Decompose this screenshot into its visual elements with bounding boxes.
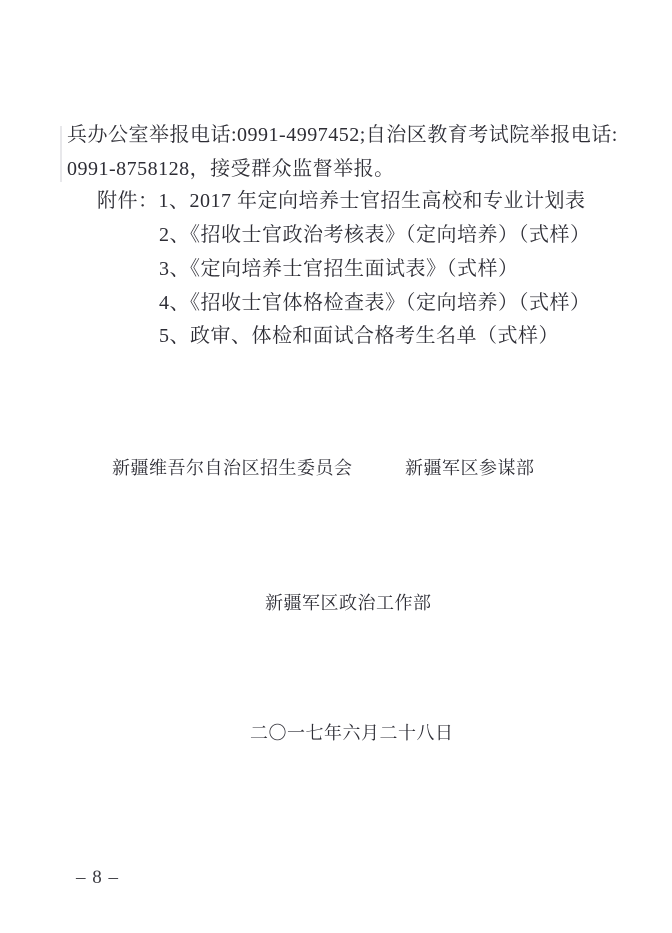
signature-issuer-second: 新疆军区政治工作部 — [265, 590, 432, 616]
paragraph-line-1: 兵办公室举报电话:0991-4997452;自治区教育考试院举报电话: — [67, 121, 618, 149]
attachments-row-1: 附件：1、2017 年定向培养士官招生高校和专业计划表 — [97, 187, 586, 215]
page-number: – 8 – — [76, 866, 119, 890]
attachments-label: 附件： — [97, 190, 159, 212]
signature-issuer-right: 新疆军区参谋部 — [405, 455, 535, 481]
attachment-item-4: 4、《招收士官体格检查表》（定向培养）（式样） — [159, 289, 591, 317]
attachment-item-5: 5、政审、体检和面试合格考生名单（式样） — [159, 322, 559, 350]
attachment-item-3: 3、《定向培养士官招生面试表》（式样） — [159, 255, 519, 283]
attachment-item-2: 2、《招收士官政治考核表》（定向培养）（式样） — [159, 221, 591, 249]
signature-issuer-left: 新疆维吾尔自治区招生委员会 — [112, 455, 353, 481]
scan-artifact-line — [60, 126, 62, 182]
document-page: 兵办公室举报电话:0991-4997452;自治区教育考试院举报电话: 0991… — [0, 0, 672, 933]
document-date: 二〇一七年六月二十八日 — [250, 720, 454, 746]
attachment-item-1: 1、2017 年定向培养士官招生高校和专业计划表 — [159, 190, 586, 212]
paragraph-line-2: 0991-8758128，接受群众监督举报。 — [67, 155, 395, 183]
